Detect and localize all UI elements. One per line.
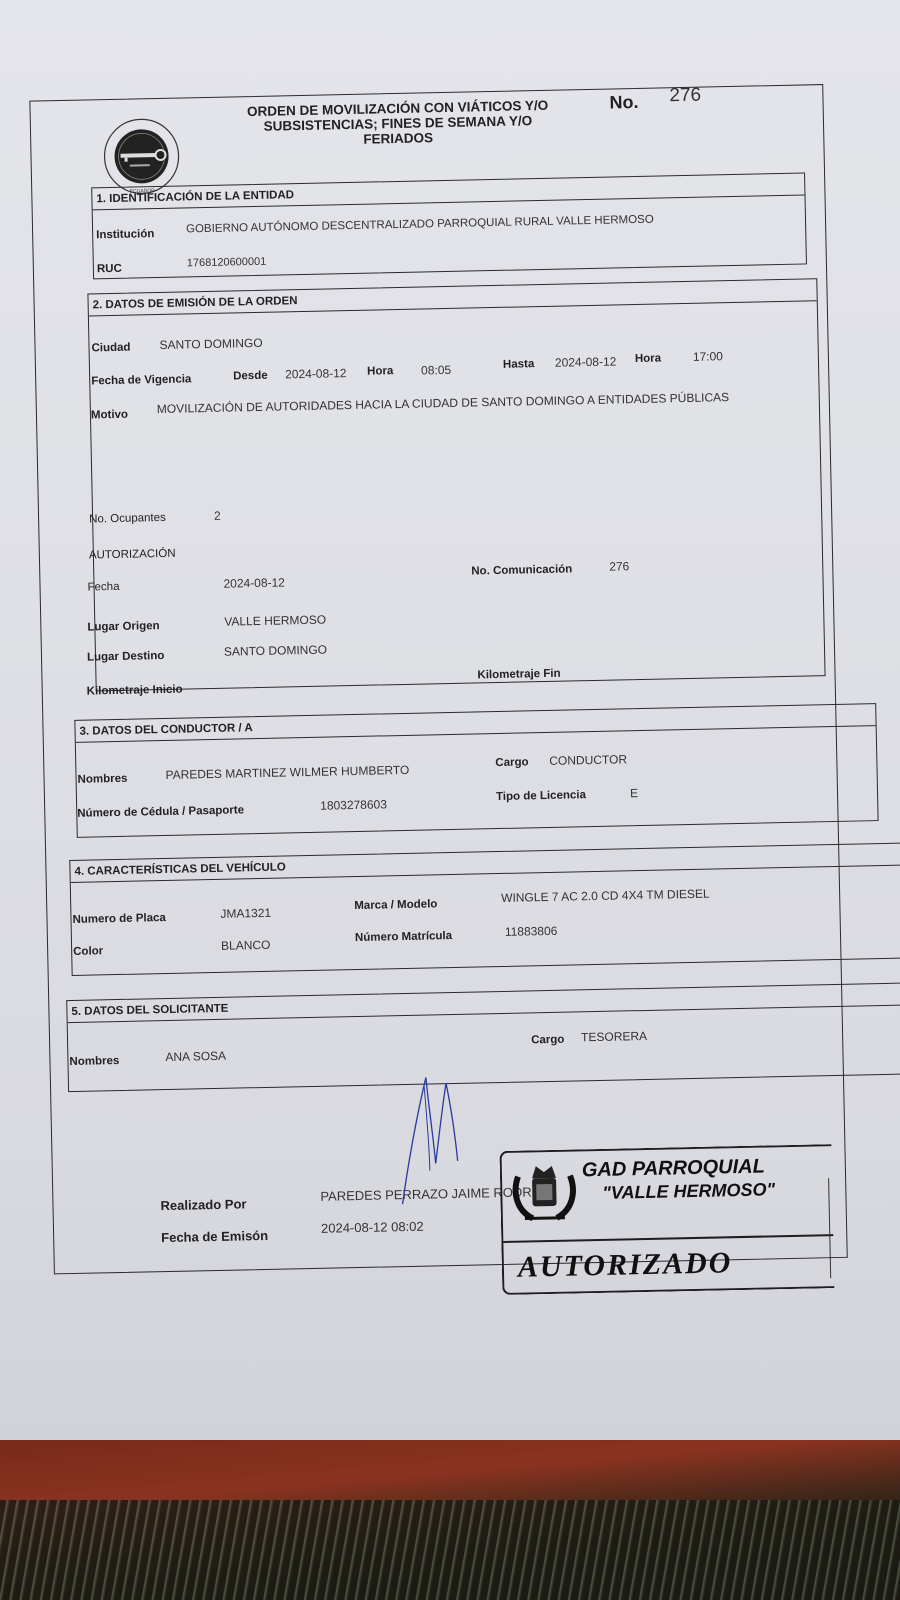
ciudad-value: SANTO DOMINGO <box>159 336 262 352</box>
ruc-value: 1768120600001 <box>187 256 267 270</box>
motivo-label: Motivo <box>91 409 128 422</box>
color-value: BLANCO <box>221 938 271 953</box>
origen-value: VALLE HERMOSO <box>224 613 326 629</box>
conductor-cargo-value: CONDUCTOR <box>549 752 627 768</box>
destino-value: SANTO DOMINGO <box>224 643 327 659</box>
coat-of-arms-icon <box>508 1155 581 1228</box>
comunicacion-value: 276 <box>609 559 629 573</box>
placa-value: JMA1321 <box>220 906 271 921</box>
solicitante-cargo-label: Cargo <box>531 1034 564 1047</box>
emision-value: 2024-08-12 08:02 <box>321 1219 424 1236</box>
realizado-label: Realizado Por <box>160 1196 246 1213</box>
institucion-label: Institución <box>96 228 154 241</box>
conductor-cargo-label: Cargo <box>495 756 528 769</box>
form-title: ORDEN DE MOVILIZACIÓN CON VIÁTICOS Y/O S… <box>207 97 588 150</box>
order-number-value: 276 <box>669 85 701 108</box>
marca-label: Marca / Modelo <box>354 898 437 912</box>
solicitante-nombres-value: ANA SOSA <box>165 1049 226 1064</box>
hasta-label: Hasta <box>503 358 535 371</box>
stamp-authorized: AUTORIZADO <box>518 1246 733 1284</box>
authorization-stamp: GAD PARROQUIAL "VALLE HERMOSO" AUTORIZAD… <box>499 1144 834 1295</box>
emision-label: Fecha de Emisón <box>161 1228 268 1245</box>
stamp-line-1: GAD PARROQUIAL <box>582 1156 765 1183</box>
desde-label: Desde <box>233 370 268 383</box>
fecha-autorizacion-value: 2024-08-12 <box>223 575 285 590</box>
origen-label: Lugar Origen <box>87 620 159 634</box>
placa-label: Numero de Placa <box>72 912 166 926</box>
vigencia-label: Fecha de Vigencia <box>91 373 191 387</box>
km-inicio-label: Kilometraje Inicio <box>87 684 183 698</box>
destino-label: Lugar Destino <box>87 650 165 664</box>
fecha-autorizacion-label: Fecha <box>87 581 119 594</box>
hasta-value: 2024-08-12 <box>555 354 617 369</box>
matricula-value: 11883806 <box>505 924 558 939</box>
cedula-value: 1803278603 <box>320 797 387 812</box>
hora-hasta-label: Hora <box>635 353 661 366</box>
ciudad-label: Ciudad <box>91 342 130 355</box>
autorizacion-label: AUTORIZACIÓN <box>89 548 176 562</box>
section-vehicle: 4. CARACTERÍSTICAS DEL VEHÍCULO <box>69 843 900 976</box>
handwritten-signature-icon <box>398 1074 481 1206</box>
conductor-nombres-label: Nombres <box>77 773 127 786</box>
section-requester: 5. DATOS DEL SOLICITANTE <box>66 982 900 1092</box>
stamp-right-border <box>828 1178 831 1278</box>
matricula-label: Número Matrícula <box>355 930 452 944</box>
ocupantes-value: 2 <box>214 509 221 523</box>
hora-desde-value: 08:05 <box>421 363 451 378</box>
hora-desde-label: Hora <box>367 365 393 378</box>
solicitante-nombres-label: Nombres <box>69 1055 119 1068</box>
ocupantes-label: No. Ocupantes <box>89 512 166 526</box>
stamp-divider <box>503 1234 833 1243</box>
tablecloth <box>0 1500 900 1600</box>
ruc-label: RUC <box>97 263 122 276</box>
hora-hasta-value: 17:00 <box>693 349 723 364</box>
mobilization-order-form: ECUADOR ORDEN DE MOVILIZACIÓN CON VIÁTIC… <box>0 0 900 1409</box>
order-number-label: No. <box>609 92 638 114</box>
licencia-value: E <box>630 786 638 800</box>
km-fin-label: Kilometraje Fin <box>477 668 560 682</box>
comunicacion-label: No. Comunicación <box>471 563 572 577</box>
stamp-line-2: "VALLE HERMOSO" <box>602 1179 775 1204</box>
solicitante-cargo-value: TESORERA <box>581 1029 647 1044</box>
color-label: Color <box>73 945 103 958</box>
desde-value: 2024-08-12 <box>285 366 347 381</box>
licencia-label: Tipo de Licencia <box>496 789 586 803</box>
